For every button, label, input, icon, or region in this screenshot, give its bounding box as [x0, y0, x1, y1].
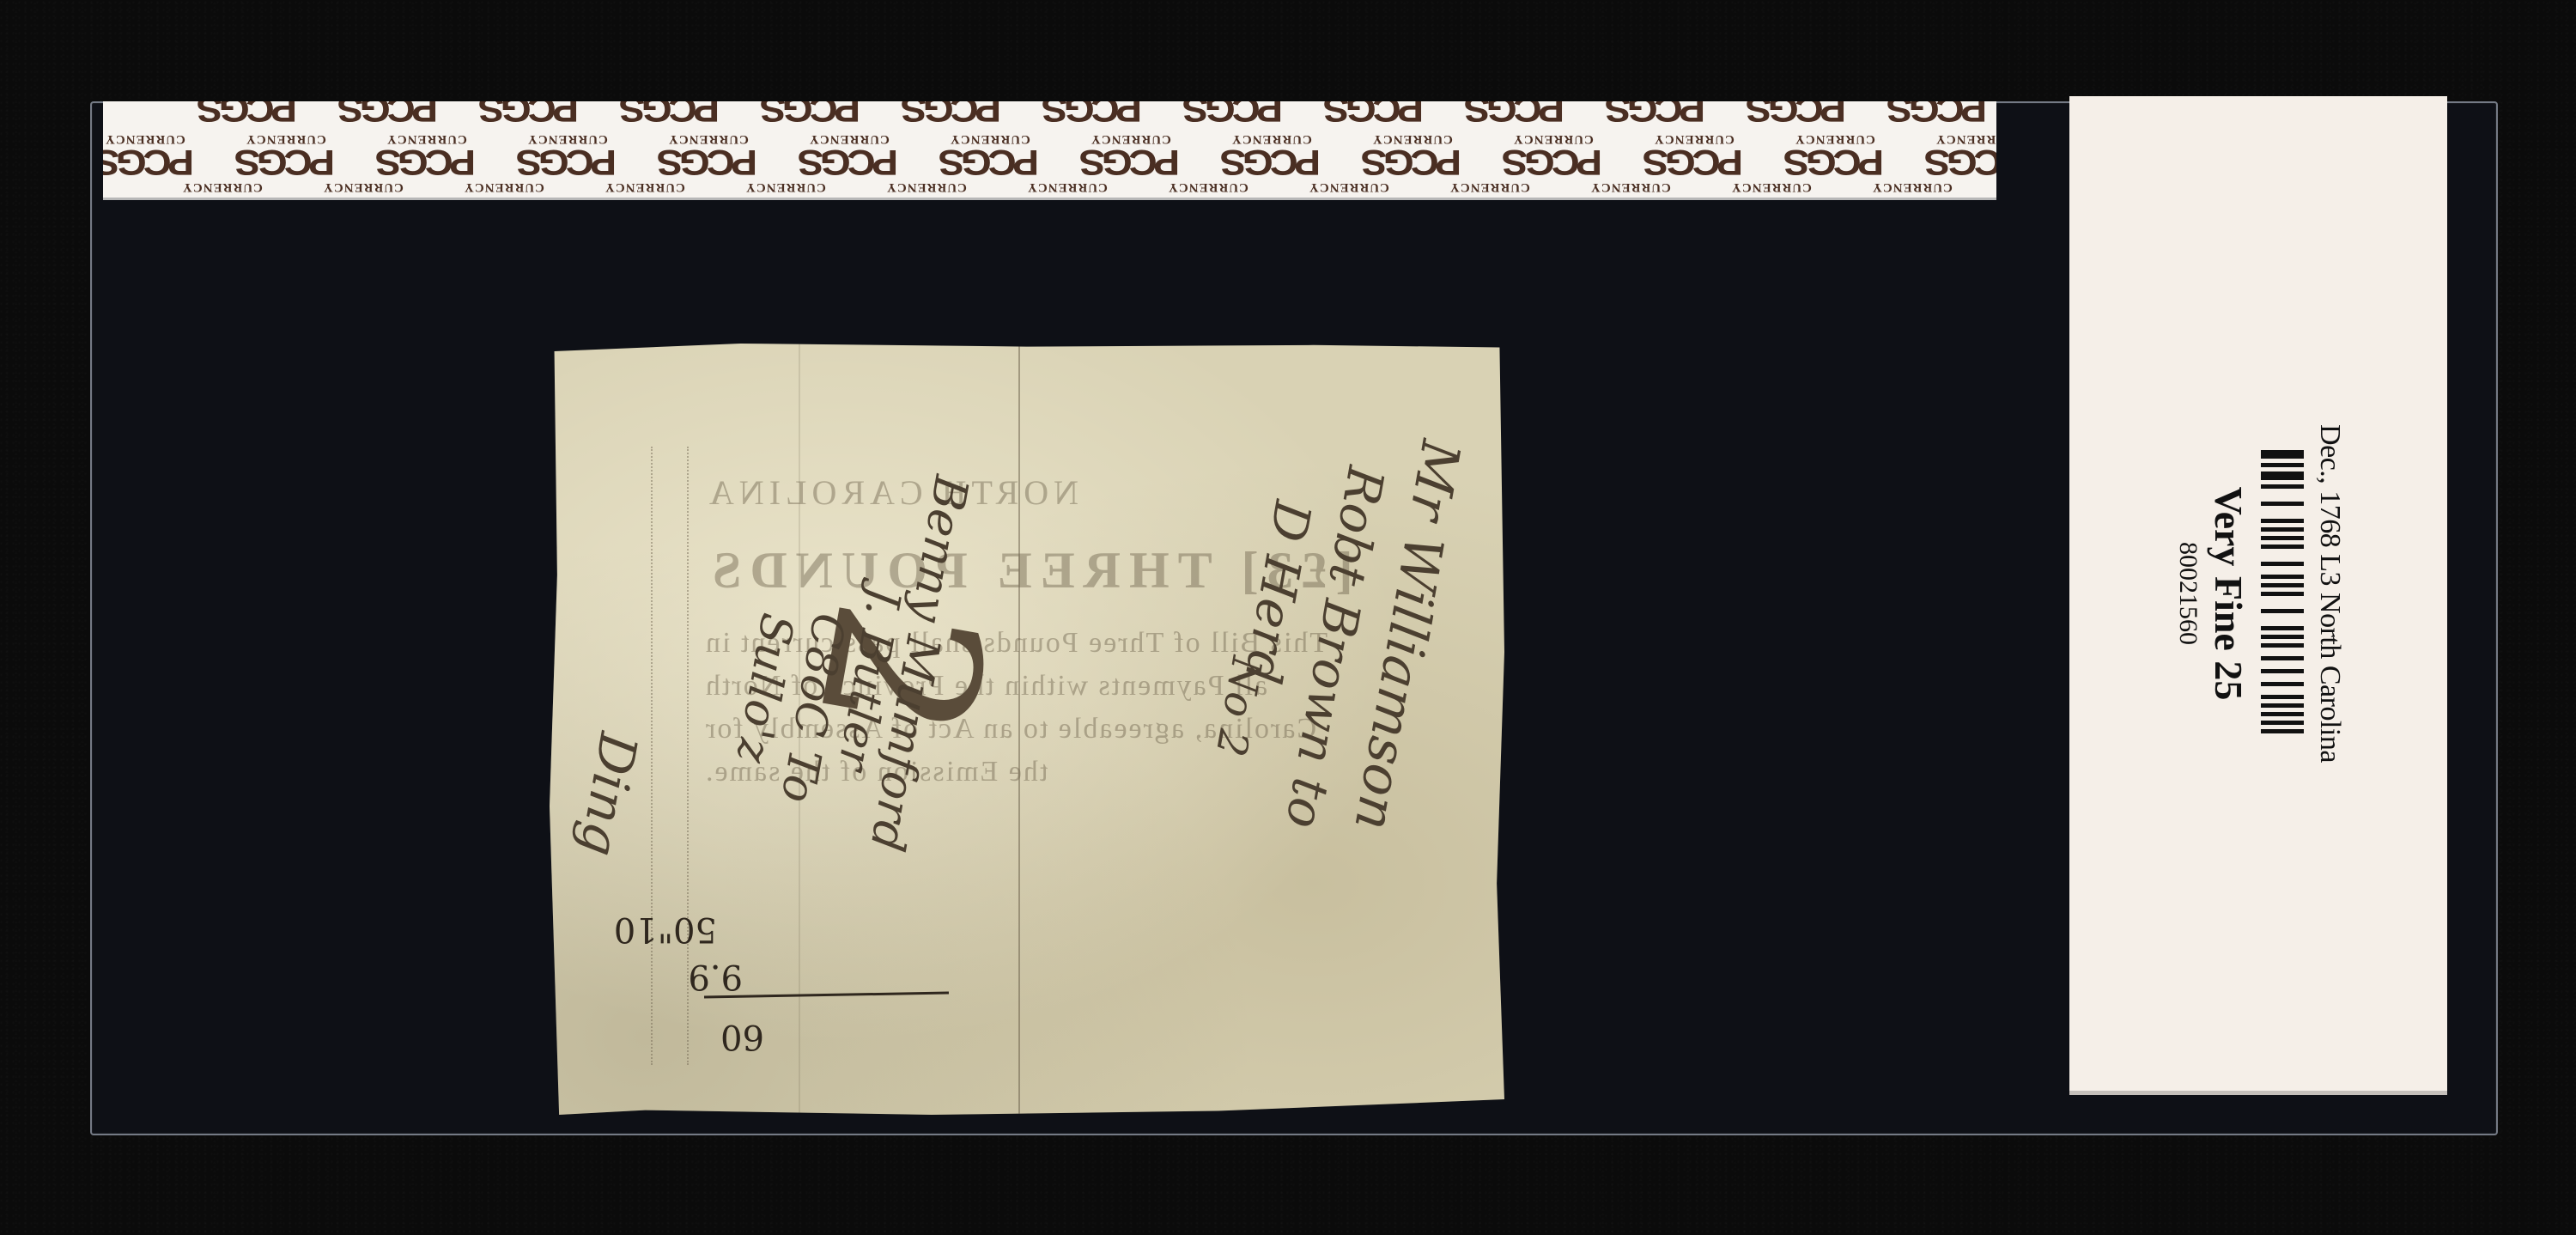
pcgs-currency-logo-icon: PCGSCURRENCY	[1862, 180, 1963, 200]
pcgs-currency-logo-icon: PCGSCURRENCY	[1362, 132, 1463, 179]
pcgs-currency-logo-icon: PCGSCURRENCY	[1298, 180, 1400, 200]
strip-logo-row: PCGSCURRENCYPCGSCURRENCYPCGSCURRENCYPCGS…	[197, 101, 1996, 126]
pcgs-currency-logo-icon: PCGSCURRENCY	[1221, 132, 1322, 179]
handwritten-sum-middle: 9.9	[688, 957, 743, 996]
pcgs-currency-logo-icon: PCGSCURRENCY	[172, 180, 273, 200]
pcgs-currency-logo-icon: PCGSCURRENCY	[1465, 101, 1566, 126]
pcgs-currency-logo-icon: PCGSCURRENCY	[197, 101, 299, 126]
pcgs-currency-logo-icon: PCGSCURRENCY	[939, 132, 1041, 179]
pcgs-currency-logo-icon: PCGSCURRENCY	[1925, 132, 1996, 179]
pcgs-currency-logo-icon: PCGSCURRENCY	[1183, 101, 1285, 126]
pcgs-currency-logo-icon: PCGSCURRENCY	[658, 132, 759, 179]
label-title: Dec., 1768 L3 North Carolina	[2312, 424, 2347, 763]
label-content: Dec., 1768 L3 North Carolina Very Fine 2…	[2170, 336, 2347, 851]
pcgs-currency-logo-icon: PCGSCURRENCY	[1324, 101, 1425, 126]
pcgs-currency-logo-icon: PCGSCURRENCY	[479, 101, 580, 126]
pcgs-currency-logo-icon: PCGSCURRENCY	[1080, 132, 1182, 179]
pcgs-currency-logo-icon: PCGSCURRENCY	[1747, 101, 1848, 126]
pcgs-currency-logo-icon: PCGSCURRENCY	[103, 132, 196, 179]
pcgs-currency-logo-icon: PCGSCURRENCY	[517, 132, 618, 179]
pcgs-currency-logo-icon: PCGSCURRENCY	[1580, 180, 1681, 200]
handwritten-sum-top: 50"10	[614, 910, 717, 949]
grading-label: Dec., 1768 L3 North Carolina Very Fine 2…	[2069, 96, 2447, 1095]
pcgs-currency-logo-icon: PCGSCURRENCY	[594, 180, 696, 200]
pcgs-currency-logo-icon: PCGSCURRENCY	[902, 101, 1003, 126]
barcode-icon	[2261, 450, 2304, 738]
pcgs-currency-logo-icon: PCGSCURRENCY	[235, 132, 337, 179]
print-border	[651, 447, 654, 1065]
pcgs-currency-logo-icon: PCGSCURRENCY	[1157, 180, 1259, 200]
bleed-through-header: NORTH CAROLINA	[704, 472, 1078, 513]
pcgs-currency-logo-icon: PCGSCURRENCY	[735, 180, 836, 200]
colonial-banknote: NORTH CAROLINA [£3] THREE POUNDS This Bi…	[550, 344, 1504, 1115]
pcgs-currency-logo-icon: PCGSCURRENCY	[338, 101, 440, 126]
label-grade: Very Fine 25	[2206, 487, 2251, 701]
pcgs-currency-logo-icon: PCGSCURRENCY	[376, 132, 477, 179]
pcgs-currency-logo-icon: PCGSCURRENCY	[620, 101, 721, 126]
pcgs-currency-logo-icon: PCGSCURRENCY	[876, 180, 977, 200]
pcgs-currency-logo-icon: PCGSCURRENCY	[313, 180, 414, 200]
pcgs-currency-logo-icon: PCGSCURRENCY	[799, 132, 900, 179]
pcgs-currency-logo-icon: PCGSCURRENCY	[1606, 101, 1707, 126]
handwriting-line: Ding	[568, 728, 648, 861]
handwritten-sum-bottom: 60	[720, 1017, 764, 1056]
pcgs-currency-logo-icon: PCGSCURRENCY	[1784, 132, 1886, 179]
label-cert-number: 80021560	[2170, 542, 2206, 645]
pcgs-currency-logo-icon: PCGSCURRENCY	[1887, 101, 1989, 126]
pcgs-currency-logo-icon: PCGSCURRENCY	[1439, 180, 1540, 200]
strip-logo-row: PCGSCURRENCYPCGSCURRENCYPCGSCURRENCYPCGS…	[172, 180, 1996, 200]
pcgs-currency-strip: PCGSCURRENCYPCGSCURRENCYPCGSCURRENCYPCGS…	[103, 101, 1996, 200]
pcgs-currency-logo-icon: PCGSCURRENCY	[1042, 101, 1144, 126]
pcgs-currency-logo-icon: PCGSCURRENCY	[453, 180, 555, 200]
pcgs-currency-logo-icon: PCGSCURRENCY	[1643, 132, 1745, 179]
pcgs-currency-logo-icon: PCGSCURRENCY	[1503, 132, 1604, 179]
pcgs-currency-logo-icon: PCGSCURRENCY	[761, 101, 862, 126]
pcgs-currency-logo-icon: PCGSCURRENCY	[1017, 180, 1118, 200]
strip-logo-row: PCGSCURRENCYPCGSCURRENCYPCGSCURRENCYPCGS…	[103, 132, 1996, 179]
pcgs-currency-logo-icon: PCGSCURRENCY	[1721, 180, 1822, 200]
